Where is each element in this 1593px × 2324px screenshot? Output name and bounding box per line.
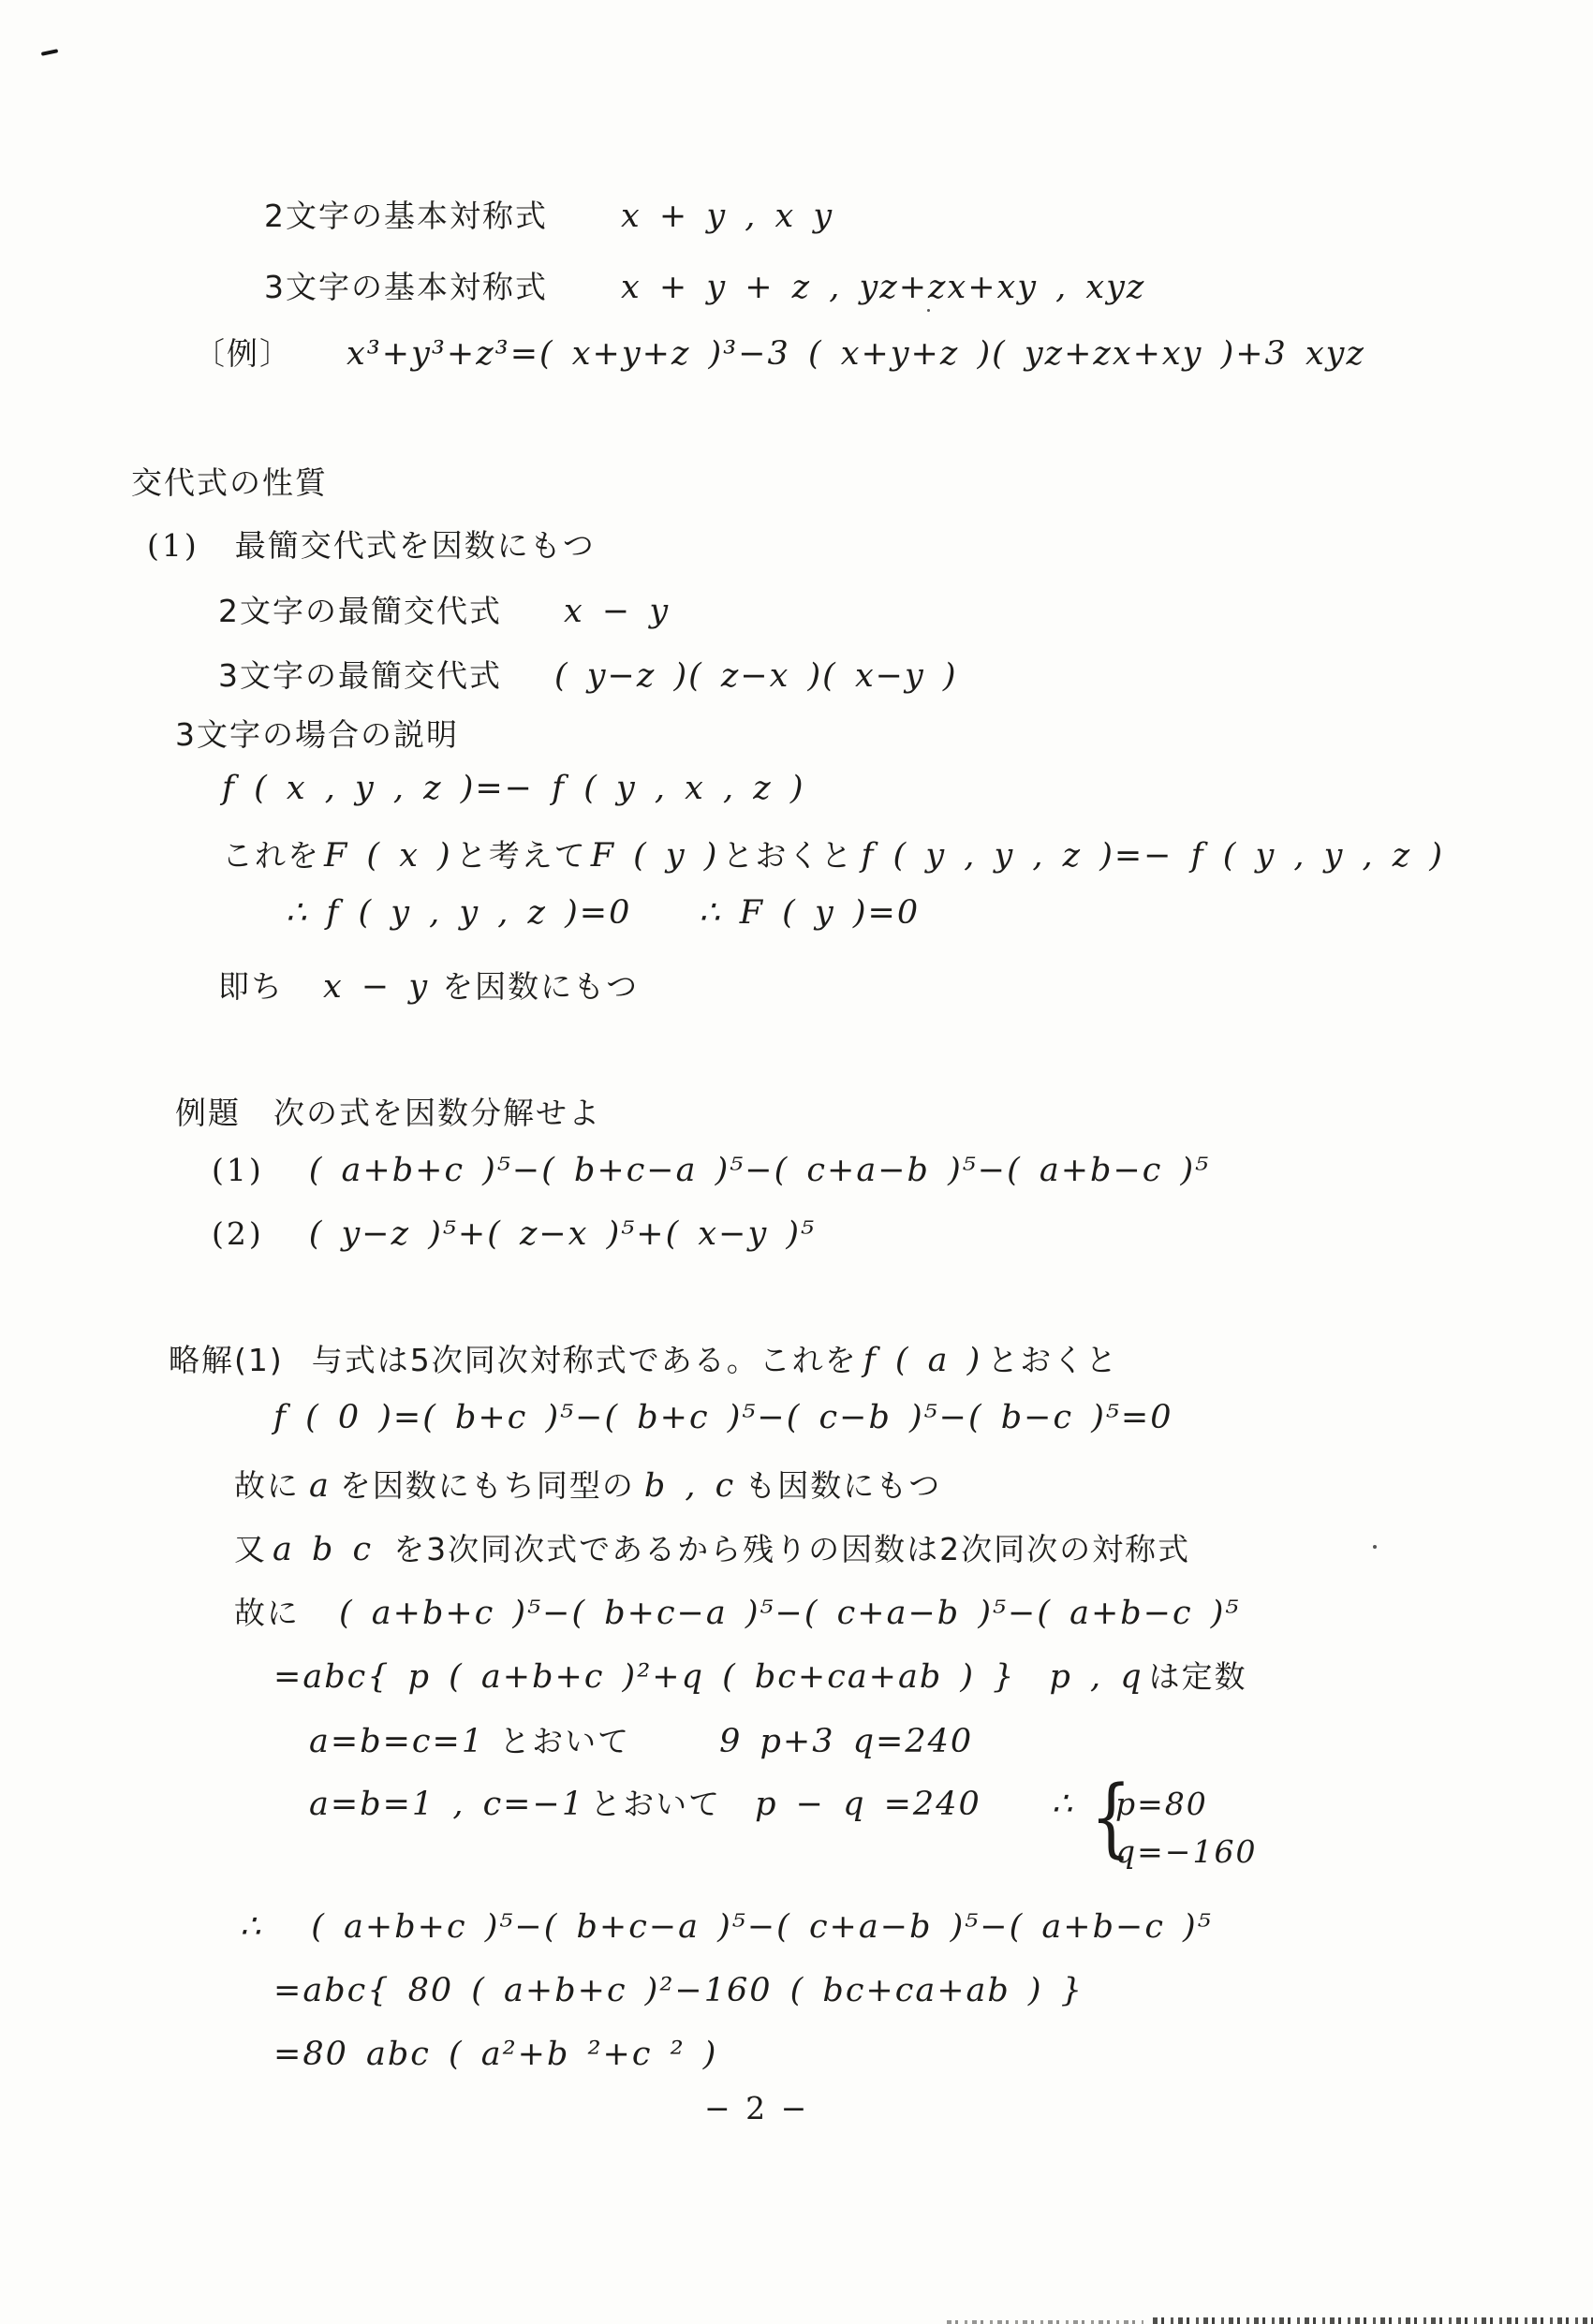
- eq-abc-pq: =abc{ p ( a+b+c )²+q ( bc+ca+ab ) }p , q…: [273, 1653, 1247, 1697]
- math-text: 9 p+3 q=240: [719, 1723, 973, 1760]
- math-text: =abc{ p ( a+b+c )²+q ( bc+ca+ab ) }: [273, 1658, 1015, 1696]
- math-text: a: [309, 1467, 331, 1505]
- math-text: a=b=c=1: [309, 1723, 484, 1760]
- japanese-text: 又: [234, 1525, 267, 1569]
- japanese-text: 〔例〕: [194, 330, 292, 374]
- eq-therefore-zero: ∴ f ( y , y , z )=0∴ F ( y )=0: [286, 894, 920, 932]
- page-number: − 2 −: [704, 2090, 809, 2126]
- math-text: ∴: [240, 1908, 262, 1946]
- scan-speck-artifact: [927, 309, 930, 312]
- math-text: f ( 0 )=( b+c )⁵−( b+c )⁵−( c−b )⁵−( b−c…: [273, 1399, 1173, 1436]
- japanese-text: 2文字の最簡交代式: [218, 587, 502, 631]
- eq-f-zero: f ( 0 )=( b+c )⁵−( b+c )⁵−( c−b )⁵−( b−c…: [273, 1399, 1173, 1436]
- japanese-text: は定数: [1149, 1653, 1247, 1697]
- eq-alternating-def: f ( x , y , z )=− f ( y , x , z ): [222, 770, 804, 807]
- brace-glyph: {: [1090, 1772, 1131, 1862]
- exercise-1: (1)( a+b+c )⁵−( b+c−a )⁵−( c+a−b )⁵−( a+…: [212, 1152, 1210, 1189]
- math-text: f ( y , y , z )=− f ( y , y , z ): [861, 837, 1444, 875]
- braced-system: {p=80q=−160: [1087, 1786, 1257, 1870]
- stacked-equation: p=80: [1115, 1786, 1257, 1822]
- text-factor-abc: 故にaを因数にもち同型のb , cも因数にもつ: [234, 1462, 941, 1506]
- scan-noise-artifact: [947, 2320, 1143, 2324]
- math-text: ∴: [1052, 1786, 1074, 1823]
- japanese-text: これを: [222, 831, 320, 875]
- explanation-heading: 3文字の場合の説明: [175, 711, 459, 755]
- math-text: a b c: [273, 1531, 373, 1568]
- document-page: 2文字の基本対称式x + y , x y3文字の基本対称式x + y + z ,…: [0, 0, 1593, 2324]
- simplest-alternating-2: 2文字の最簡交代式x − y: [218, 587, 670, 631]
- eq-expansion-lhs: 故に( a+b+c )⁵−( b+c−a )⁵−( c+a−b )⁵−( a+b…: [234, 1589, 1240, 1633]
- label-text: (1): [147, 527, 199, 564]
- math-text: a=b=1 , c=−1: [309, 1786, 584, 1823]
- eq-case-all-ones: a=b=c=1とおいて9 p+3 q=240: [309, 1717, 973, 1761]
- math-text: F ( y ): [591, 837, 719, 875]
- section-title-alternating: 交代式の性質: [131, 459, 328, 503]
- scan-noise-artifact: [1153, 2317, 1593, 2324]
- eq-substitution: これをF ( x )と考えてF ( y )とおくとf ( y , y , z )…: [222, 831, 1444, 875]
- japanese-text: も因数にもつ: [745, 1462, 941, 1506]
- math-text: ∴ F ( y )=0: [699, 894, 920, 932]
- conclusion-factor: 即ちx − yを因数にもつ: [218, 963, 639, 1007]
- japanese-text: 3文字の場合の説明: [175, 711, 459, 755]
- solution-heading: 略解(1)与式は5次同次対称式である。これをf ( a )とおくと: [169, 1336, 1118, 1380]
- math-text: f ( x , y , z )=− f ( y , x , z ): [222, 770, 804, 807]
- math-text: b , c: [644, 1467, 735, 1505]
- japanese-text: を因数にもつ: [442, 963, 639, 1007]
- math-text: x + y + z , yz+zx+xy , xyz: [621, 269, 1145, 306]
- label-text: − 2 −: [704, 2090, 809, 2126]
- stacked-equations: p=80q=−160: [1115, 1786, 1257, 1870]
- japanese-text: とおいて: [499, 1717, 630, 1761]
- japanese-text: 故に: [234, 1589, 300, 1633]
- japanese-text: と考えて: [456, 831, 587, 875]
- label-text: (1): [212, 1152, 264, 1188]
- stacked-equation: q=−160: [1115, 1833, 1257, 1870]
- scan-speck-artifact: [1373, 1545, 1377, 1549]
- label-text: (2): [212, 1215, 264, 1252]
- japanese-text: 与式は5次同次対称式である。これを: [312, 1336, 858, 1380]
- math-text: ∴ f ( y , y , z )=0: [286, 894, 631, 932]
- math-text: p − q =240: [755, 1786, 981, 1823]
- basic-symmetric-2: 2文字の基本対称式x + y , x y: [264, 192, 833, 236]
- math-text: ( a+b+c )⁵−( b+c−a )⁵−( c+a−b )⁵−( a+b−c…: [339, 1595, 1240, 1632]
- japanese-text: 最簡交代式を因数にもつ: [235, 522, 596, 566]
- math-text: x³+y³+z³=( x+y+z )³−3 ( x+y+z )( yz+zx+x…: [347, 335, 1365, 373]
- pen-mark-artifact: [41, 49, 58, 56]
- japanese-text: 例題 次の式を因数分解せよ: [175, 1089, 601, 1133]
- math-text: ( a+b+c )⁵−( b+c−a )⁵−( c+a−b )⁵−( a+b−c…: [309, 1152, 1210, 1189]
- eq-case-two: a=b=1 , c=−1とおいてp − q =240∴{p=80q=−160: [309, 1780, 1257, 1870]
- japanese-text: 故に: [234, 1462, 300, 1506]
- math-text: F ( x ): [324, 837, 452, 875]
- exercise-2: (2)( y−z )⁵+( z−x )⁵+( x−y )⁵: [212, 1215, 816, 1253]
- exercise-heading: 例題 次の式を因数分解せよ: [175, 1089, 601, 1133]
- math-text: =abc{ 80 ( a+b+c )²−160 ( bc+ca+ab ) }: [273, 1972, 1084, 2009]
- math-text: =80 abc ( a²+b ²+c ² ): [273, 2036, 717, 2073]
- japanese-text: 2文字の基本対称式: [264, 192, 548, 236]
- japanese-text: 3文字の最簡交代式: [218, 652, 502, 696]
- math-text: x − y: [564, 593, 670, 630]
- basic-symmetric-3: 3文字の基本対称式x + y + z , yz+zx+xy , xyz: [264, 263, 1145, 307]
- math-text: ( a+b+c )⁵−( b+c−a )⁵−( c+a−b )⁵−( a+b−c…: [311, 1908, 1212, 1946]
- japanese-text: とおくと: [722, 831, 853, 875]
- example-identity: 〔例〕x³+y³+z³=( x+y+z )³−3 ( x+y+z )( yz+z…: [194, 330, 1365, 374]
- japanese-text: とおくと: [987, 1336, 1118, 1380]
- eq-conclusion-mid: =abc{ 80 ( a+b+c )²−160 ( bc+ca+ab ) }: [273, 1972, 1084, 2009]
- math-text: f ( a ): [863, 1342, 982, 1379]
- text-degree-argument: 又a b cを3次同次式であるから残りの因数は2次同次の対称式: [234, 1525, 1190, 1569]
- japanese-text: を因数にもち同型の: [340, 1462, 635, 1506]
- math-text: x − y: [323, 968, 429, 1006]
- japanese-text: 交代式の性質: [131, 459, 328, 503]
- math-text: ( y−z )⁵+( z−x )⁵+( x−y )⁵: [309, 1215, 816, 1253]
- math-text: ( y−z )( z−x )( x−y ): [554, 657, 958, 695]
- eq-conclusion-lhs: ∴( a+b+c )⁵−( b+c−a )⁵−( c+a−b )⁵−( a+b−…: [240, 1908, 1213, 1946]
- japanese-text: を3次同次式であるから残りの因数は2次同次の対称式: [393, 1525, 1190, 1569]
- math-text: p , q: [1049, 1658, 1143, 1696]
- japanese-text: 略解(1): [169, 1336, 284, 1380]
- japanese-text: 3文字の基本対称式: [264, 263, 548, 307]
- math-text: x + y , x y: [621, 198, 833, 235]
- eq-conclusion-final: =80 abc ( a²+b ²+c ² ): [273, 2036, 717, 2073]
- simplest-alternating-3: 3文字の最簡交代式( y−z )( z−x )( x−y ): [218, 652, 958, 696]
- japanese-text: 即ち: [218, 963, 284, 1007]
- property-1: (1)最簡交代式を因数にもつ: [147, 522, 596, 566]
- japanese-text: とおいて: [590, 1780, 721, 1824]
